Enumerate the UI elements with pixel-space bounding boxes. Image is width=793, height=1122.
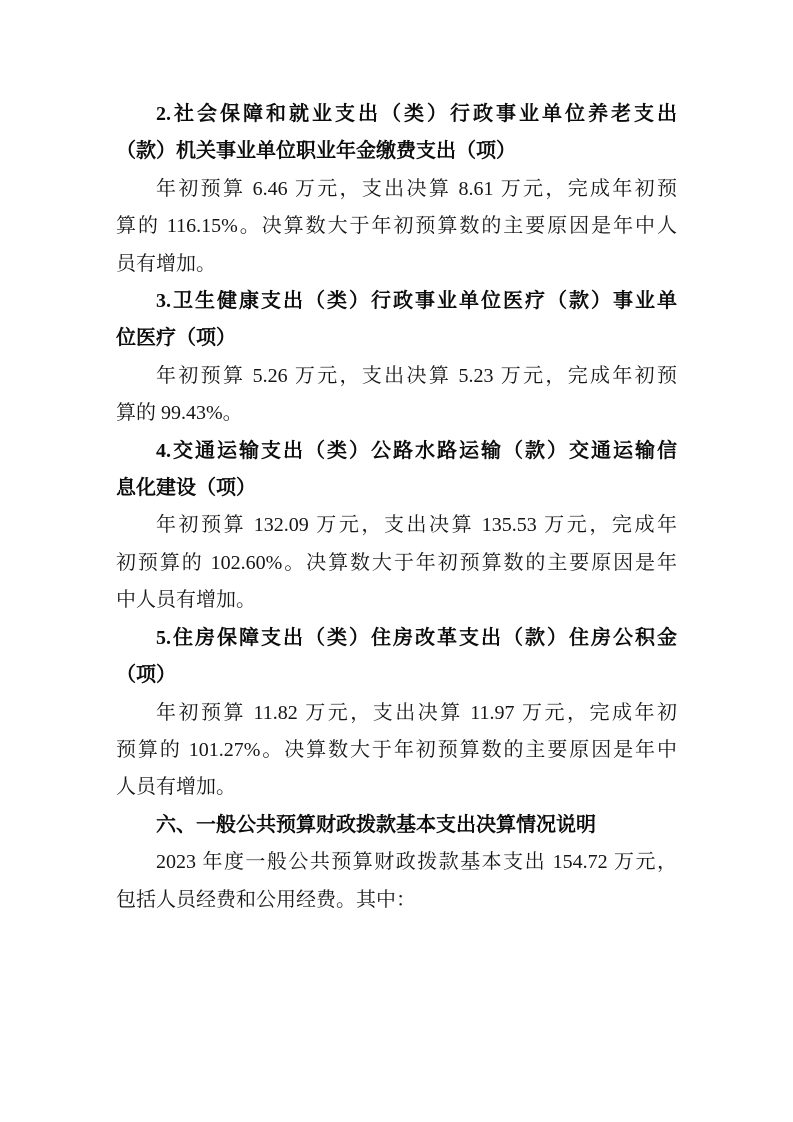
section-2-heading: 2.社会保障和就业支出（类）行政事业单位养老支出（款）机关事业单位职业年金缴费支… — [116, 96, 677, 171]
section-5-detail: 年初预算 11.82 万元，支出决算 11.97 万元，完成年初预算的 101.… — [116, 695, 677, 807]
section-4-detail: 年初预算 132.09 万元，支出决算 135.53 万元，完成年初预算的 10… — [116, 507, 677, 619]
text-line: 年初预算 132.09 万元，支出决算 135.53 万元，完成年 — [116, 507, 677, 544]
text-line: 年初预算 5.26 万元，支出决算 5.23 万元，完成年初预 — [116, 358, 677, 395]
text-line: 息化建设（项） — [116, 470, 677, 507]
text-line: 员有增加。 — [116, 246, 677, 283]
section-3-heading: 3.卫生健康支出（类）行政事业单位医疗（款）事业单位医疗（项） — [116, 283, 677, 358]
document-page: 2.社会保障和就业支出（类）行政事业单位养老支出（款）机关事业单位职业年金缴费支… — [0, 0, 793, 1122]
text-line: 人员有增加。 — [116, 769, 677, 806]
text-line: 3.卫生健康支出（类）行政事业单位医疗（款）事业单 — [116, 283, 677, 320]
text-line: 中人员有增加。 — [116, 582, 677, 619]
text-line: 年初预算 11.82 万元，支出决算 11.97 万元，完成年初 — [116, 695, 677, 732]
text-line: 算的 116.15%。决算数大于年初预算数的主要原因是年中人 — [116, 208, 677, 245]
section-4-heading: 4.交通运输支出（类）公路水路运输（款）交通运输信息化建设（项） — [116, 433, 677, 508]
document-body: 2.社会保障和就业支出（类）行政事业单位养老支出（款）机关事业单位职业年金缴费支… — [116, 96, 677, 919]
text-line: 2.社会保障和就业支出（类）行政事业单位养老支出 — [116, 96, 677, 133]
section-6-heading: 六、一般公共预算财政拨款基本支出决算情况说明 — [116, 807, 677, 844]
section-6-detail: 2023 年度一般公共预算财政拨款基本支出 154.72 万元，包括人员经费和公… — [116, 844, 677, 919]
section-2-detail: 年初预算 6.46 万元，支出决算 8.61 万元，完成年初预算的 116.15… — [116, 171, 677, 283]
text-line: 4.交通运输支出（类）公路水路运输（款）交通运输信 — [116, 433, 677, 470]
text-line: 位医疗（项） — [116, 320, 677, 357]
text-line: （项） — [116, 657, 677, 694]
section-5-heading: 5.住房保障支出（类）住房改革支出（款）住房公积金（项） — [116, 620, 677, 695]
text-line: 算的 99.43%。 — [116, 395, 677, 432]
text-line: （款）机关事业单位职业年金缴费支出（项） — [116, 133, 677, 170]
text-line: 六、一般公共预算财政拨款基本支出决算情况说明 — [116, 807, 677, 844]
text-line: 预算的 101.27%。决算数大于年初预算数的主要原因是年中 — [116, 732, 677, 769]
text-line: 年初预算 6.46 万元，支出决算 8.61 万元，完成年初预 — [116, 171, 677, 208]
text-line: 初预算的 102.60%。决算数大于年初预算数的主要原因是年 — [116, 545, 677, 582]
section-3-detail: 年初预算 5.26 万元，支出决算 5.23 万元，完成年初预算的 99.43%… — [116, 358, 677, 433]
text-line: 2023 年度一般公共预算财政拨款基本支出 154.72 万元， — [116, 844, 677, 881]
text-line: 5.住房保障支出（类）住房改革支出（款）住房公积金 — [116, 620, 677, 657]
text-line: 包括人员经费和公用经费。其中： — [116, 882, 677, 919]
